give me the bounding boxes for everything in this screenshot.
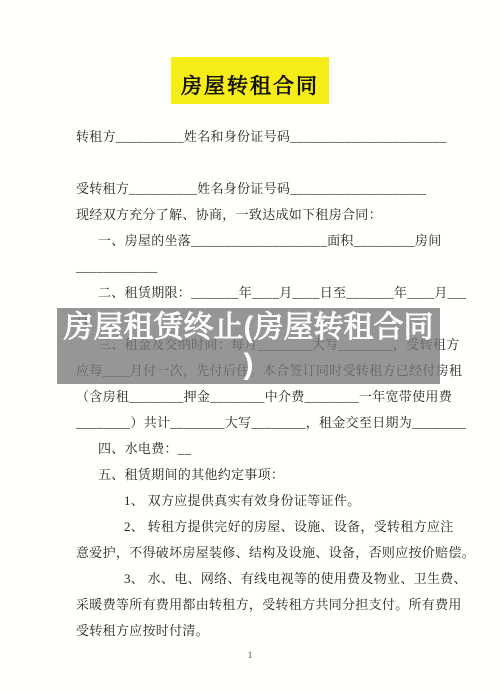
document-line: 3、 水、电、网络、有线电视等的使用费及物业、卫生费、 <box>76 566 466 592</box>
document-line: 采暖费等所有费用都由转租方，受转租方共同分担支付。所有费用 <box>76 592 466 618</box>
document-line: （含房租________押金________中介费________一年宽带使用费 <box>76 384 466 410</box>
document-body: 转租方__________姓名和身份证号码___________________… <box>76 124 466 644</box>
document-line: 受转租方__________姓名身份证号码___________________… <box>76 176 466 202</box>
document-line: 意爱护，不得破坏房屋装修、结构及设施、设备，否则应按价赔偿。 <box>76 540 466 566</box>
overlay-title-line1: 房屋租赁终止(房屋转租合同 <box>64 309 434 346</box>
document-line: 现经双方充分了解、协商，一致达成如下租房合同： <box>76 202 466 228</box>
document-line: 转租方__________姓名和身份证号码___________________… <box>76 124 466 150</box>
screenshot-root: { "document": { "title": "房屋转租合同", "page… <box>0 0 500 693</box>
censor-overlay-banner: 房屋租赁终止(房屋转租合同 ) <box>57 308 440 384</box>
document-line: ____________ <box>76 254 466 280</box>
overlay-title-line2: ) <box>244 346 254 383</box>
document-line: 2、 转租方提供完好的房屋、设施、设备，受转租方应注 <box>76 514 466 540</box>
title-row: 房屋转租合同 <box>0 57 500 104</box>
document-line: 五、租赁期间的其他约定事项： <box>76 462 466 488</box>
document-line: 1、 双方应提供真实有效身份证等证件。 <box>76 488 466 514</box>
document-line: 四、水电费：__ <box>76 436 466 462</box>
document-line <box>76 150 466 176</box>
document-page: 房屋转租合同 转租方__________姓名和身份证号码____________… <box>0 0 500 693</box>
document-line: ________）共计________大写________，租金交至日期为___… <box>76 410 466 436</box>
document-line: 受转租方应按时付清。 <box>76 618 466 644</box>
page-number: 1 <box>0 650 500 660</box>
document-line: 二、租赁期限：_______年____月____日至_______年____月_… <box>76 280 466 306</box>
document-line: 一、房屋的坐落____________________面积_________房间 <box>76 228 466 254</box>
contract-title: 房屋转租合同 <box>171 57 329 104</box>
